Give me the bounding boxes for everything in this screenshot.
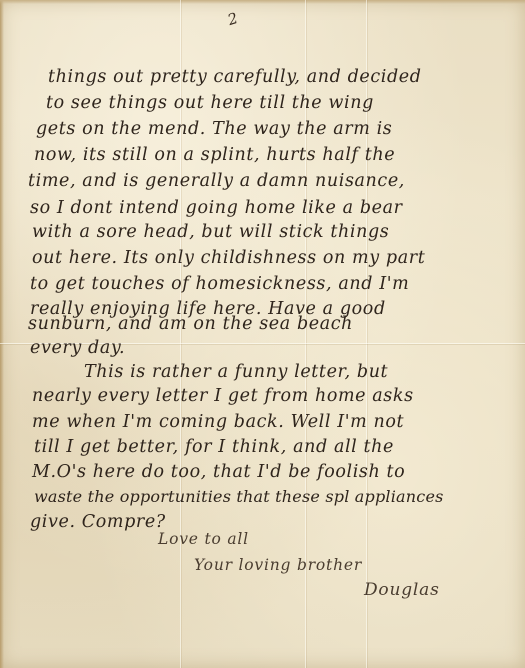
letter-line: give. Compre? (30, 512, 166, 532)
letter-line: time, and is generally a damn nuisance, (28, 171, 405, 191)
page-number: 2 (225, 9, 240, 29)
letter-line: This is rather a funny letter, but (84, 362, 388, 382)
letter-line: gets on the mend. The way the arm is (36, 119, 392, 139)
letter-line: to get touches of homesickness, and I'm (30, 274, 409, 294)
letter-line: nearly every letter I get from home asks (32, 386, 414, 406)
letter-line: things out pretty carefully, and decided (48, 67, 422, 87)
letter-line: M.O's here do too, that I'd be foolish t… (32, 462, 405, 482)
closing-valediction: Your loving brother (194, 556, 362, 574)
letter-line: out here. Its only childishness on my pa… (32, 248, 425, 268)
letter-line: till I get better, for I think, and all … (34, 437, 394, 457)
letter-line: so I dont intend going home like a bear (30, 198, 403, 218)
letter-line: with a sore head, but will stick things (32, 222, 389, 242)
paper-edge-top (0, 0, 525, 4)
closing-salutation: Love to all (158, 530, 249, 548)
paper-edge-left (0, 0, 4, 668)
letter-line: waste the opportunities that these spl a… (34, 487, 444, 507)
letter-line: every day. (30, 338, 125, 358)
letter-line: sunburn, and am on the sea beach (28, 314, 353, 334)
letter-line: now, its still on a splint, hurts half t… (34, 145, 395, 165)
signature: Douglas (364, 580, 440, 600)
letter-line: me when I'm coming back. Well I'm not (32, 412, 404, 432)
letter-page: 2 things out pretty carefully, and decid… (0, 0, 525, 668)
letter-line: to see things out here till the wing (46, 93, 374, 113)
